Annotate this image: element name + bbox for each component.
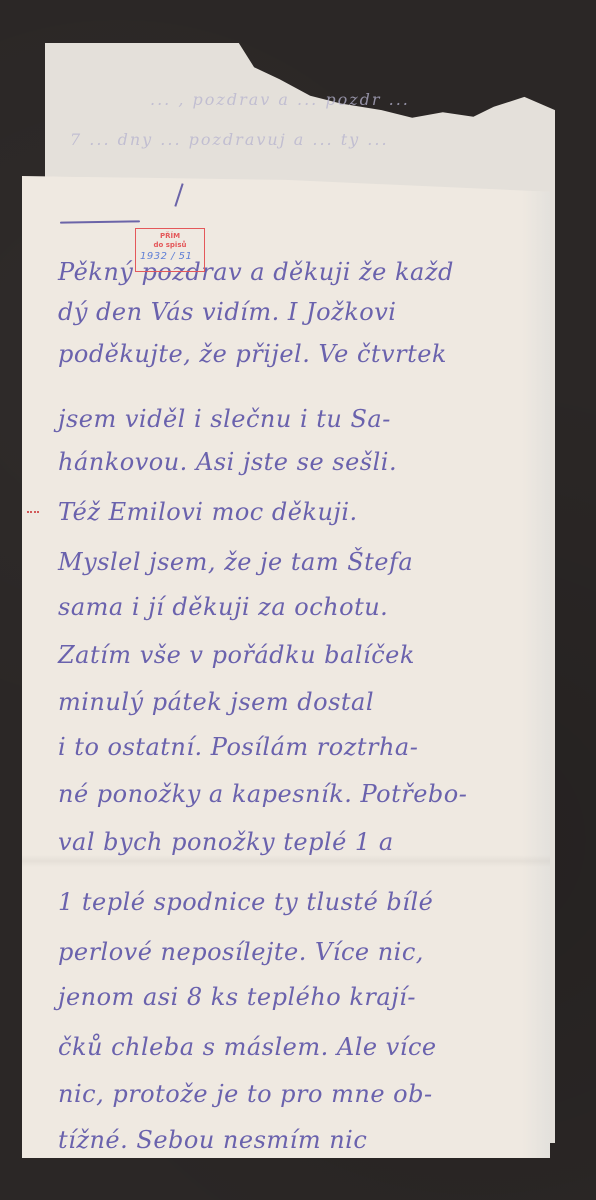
stamp-line-2: do spisů <box>136 241 204 250</box>
back-sheet-faded-text: ... , pozdrav a ... pozdr ... 7 ... dny … <box>60 80 530 160</box>
letter-line: čků chleba s máslem. Ale více <box>58 1033 437 1061</box>
letter-line: Pěkný pozdrav a děkuji že každ <box>58 258 454 286</box>
letter-line: dý den Vás vidím. I Jožkovi <box>58 298 396 326</box>
stamp-number: 1932 / 51 <box>136 252 204 261</box>
letter-line: hánkovou. Asi jste se sešli. <box>58 448 397 476</box>
letter-line: tížné. Sebou nesmím nic <box>58 1126 367 1154</box>
letter-line: val bych ponožky teplé 1 a <box>58 828 394 856</box>
letter-line: perlové neposílejte. Více nic, <box>58 938 424 966</box>
faded-line: ... , pozdrav a ... pozdr ... <box>60 80 530 120</box>
letter-line: sama i jí děkuji za ochotu. <box>58 593 388 621</box>
stamp-line-1: PŘÍM <box>136 232 204 241</box>
archive-stamp: PŘÍM do spisů 1932 / 51 <box>135 228 205 272</box>
red-margin-mark <box>27 511 39 515</box>
letter-line: jenom asi 8 ks teplého krají- <box>58 983 416 1011</box>
letter-line: minulý pátek jsem dostal <box>58 688 374 716</box>
letter-line: Zatím vše v pořádku balíček <box>58 641 415 669</box>
letter-line: nic, protože je to pro mne ob- <box>58 1080 433 1108</box>
letter-line: poděkujte, že přijel. Ve čtvrtek <box>58 340 447 368</box>
letter-line: jsem viděl i slečnu i tu Sa- <box>58 405 391 433</box>
paper-fold <box>22 855 550 867</box>
letter-line: i to ostatní. Posílám roztrha- <box>58 733 418 761</box>
letter-line: 1 teplé spodnice ty tlusté bílé <box>58 888 433 916</box>
letter-line: né ponožky a kapesník. Potřebo- <box>58 780 467 808</box>
letter-line: Též Emilovi moc děkuji. <box>58 498 358 526</box>
faded-line: 7 ... dny ... pozdravuj a ... ty ... <box>60 120 530 160</box>
letter-line: Myslel jsem, že je tam Štefa <box>58 548 413 576</box>
